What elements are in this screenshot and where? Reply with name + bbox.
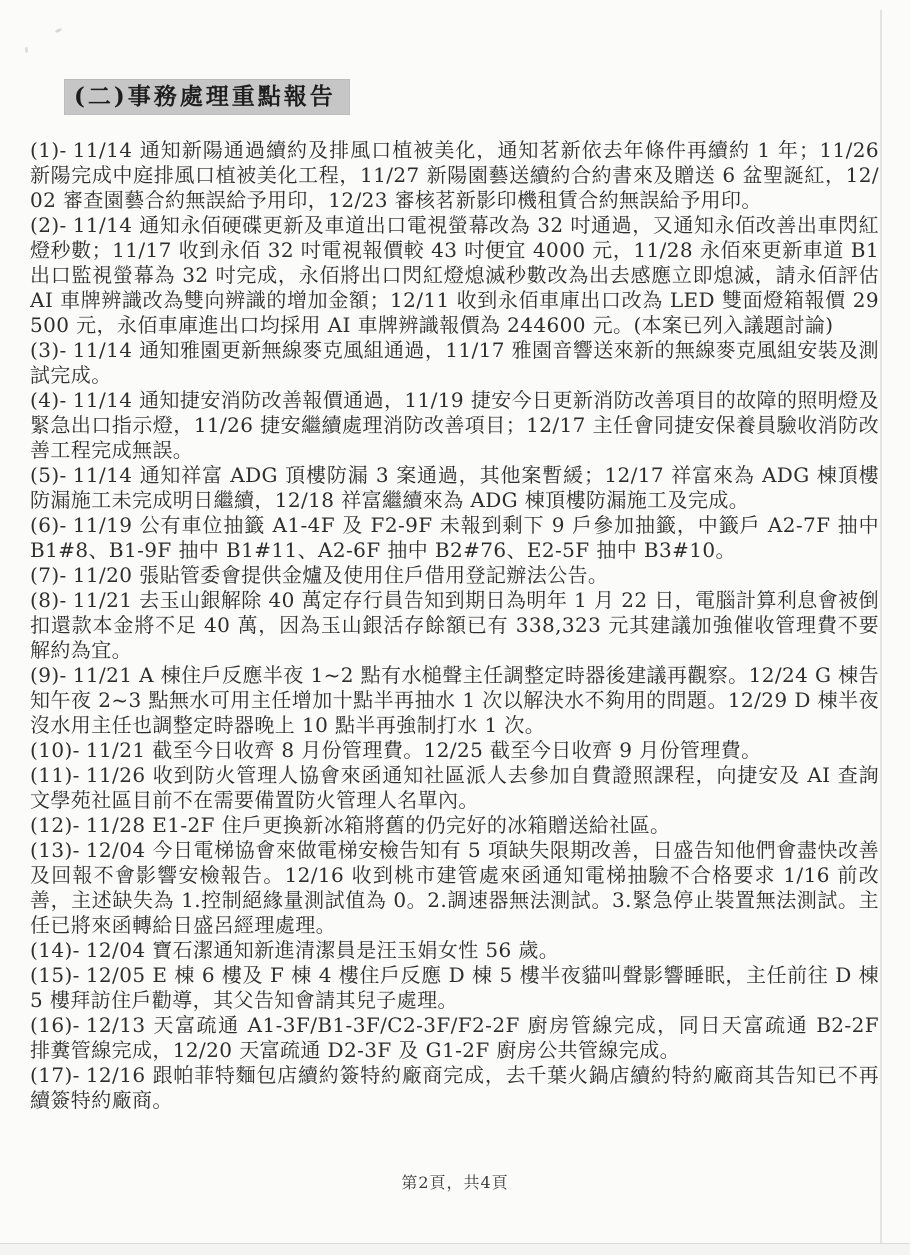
report-item: (6)-11/19 公有車位抽籤 A1-4F 及 F2-9F 未報到剩下 9 戶… bbox=[30, 513, 879, 563]
item-text: 11/19 公有車位抽籤 A1-4F 及 F2-9F 未報到剩下 9 戶參加抽籤… bbox=[30, 513, 879, 562]
report-item: (2)-11/14 通知永佰硬碟更新及車道出口電視螢幕改為 32 吋通過，又通知… bbox=[30, 213, 879, 338]
item-text: 11/26 收到防火管理人協會來函通知社區派人去參加自費證照課程，向捷安及 AI… bbox=[30, 763, 879, 812]
report-item: (15)-12/05 E 棟 6 樓及 F 棟 4 樓住戶反應 D 棟 5 樓半… bbox=[30, 963, 879, 1013]
scan-speck bbox=[25, 47, 28, 53]
item-number: (9)- bbox=[30, 663, 73, 687]
item-text: 11/14 通知新陽通過續約及排風口植被美化，通知茗新依去年條件再續約 1 年；… bbox=[30, 138, 879, 212]
item-text: 11/21 A 棟住戶反應半夜 1~2 點有水槌聲主任調整定時器後建議再觀察。1… bbox=[30, 663, 879, 737]
item-number: (10)- bbox=[30, 738, 86, 762]
report-item: (1)-11/14 通知新陽通過續約及排風口植被美化，通知茗新依去年條件再續約 … bbox=[30, 138, 879, 213]
item-text: 11/28 E1-2F 住戶更換新冰箱將舊的仍完好的冰箱贈送給社區。 bbox=[86, 813, 671, 837]
report-item: (3)-11/14 通知雅園更新無線麥克風組通過，11/17 雅園音響送來新的無… bbox=[30, 338, 879, 388]
item-text: 11/14 通知永佰硬碟更新及車道出口電視螢幕改為 32 吋通過，又通知永佰改善… bbox=[30, 213, 879, 337]
item-text: 12/04 寶石潔通知新進清潔員是汪玉娟女性 56 歲。 bbox=[86, 938, 559, 962]
item-number: (4)- bbox=[30, 388, 73, 412]
item-text: 11/21 截至今日收齊 8 月份管理費。12/25 截至今日收齊 9 月份管理… bbox=[86, 738, 762, 762]
report-item: (9)-11/21 A 棟住戶反應半夜 1~2 點有水槌聲主任調整定時器後建議再… bbox=[30, 663, 879, 738]
item-number: (15)- bbox=[30, 963, 86, 987]
item-text: 11/14 通知雅園更新無線麥克風組通過，11/17 雅園音響送來新的無線麥克風… bbox=[30, 338, 879, 387]
report-item: (12)-11/28 E1-2F 住戶更換新冰箱將舊的仍完好的冰箱贈送給社區。 bbox=[30, 813, 879, 838]
item-number: (3)- bbox=[30, 338, 73, 362]
report-item: (4)-11/14 通知捷安消防改善報價通過，11/19 捷安今日更新消防改善項… bbox=[30, 388, 879, 463]
report-item: (8)-11/21 去玉山銀解除 40 萬定存行員告知到期日為明年 1 月 22… bbox=[30, 588, 879, 663]
item-text: 12/13 天富疏通 A1-3F/B1-3F/C2-3F/F2-2F 廚房管線完… bbox=[30, 1013, 879, 1062]
page-number-footer: 第2頁，共4頁 bbox=[0, 1170, 910, 1193]
item-text: 12/05 E 棟 6 樓及 F 棟 4 樓住戶反應 D 棟 5 樓半夜貓叫聲影… bbox=[30, 963, 879, 1012]
report-item: (13)-12/04 今日電梯協會來做電梯安檢告知有 5 項缺失限期改善，日盛告… bbox=[30, 838, 879, 938]
item-number: (11)- bbox=[30, 763, 86, 787]
item-text: 11/14 通知祥富 ADG 頂樓防漏 3 案通過，其他案暫緩；12/17 祥富… bbox=[30, 463, 879, 512]
item-number: (5)- bbox=[30, 463, 73, 487]
item-text: 11/20 張貼管委會提供金爐及使用住戶借用登記辦法公告。 bbox=[73, 563, 609, 587]
item-number: (12)- bbox=[30, 813, 86, 837]
item-number: (2)- bbox=[30, 213, 73, 237]
item-number: (13)- bbox=[30, 838, 86, 862]
report-item: (5)-11/14 通知祥富 ADG 頂樓防漏 3 案通過，其他案暫緩；12/1… bbox=[30, 463, 879, 513]
item-text: 12/16 跟帕菲特麵包店續約簽特約廠商完成，去千葉火鍋店續約特約廠商其告知已不… bbox=[30, 1063, 879, 1112]
item-number: (1)- bbox=[30, 138, 73, 162]
scan-edge-right bbox=[880, 10, 882, 1247]
item-number: (16)- bbox=[30, 1013, 86, 1037]
report-item: (11)-11/26 收到防火管理人協會來函通知社區派人去參加自費證照課程，向捷… bbox=[30, 763, 879, 813]
scan-speck bbox=[55, 28, 63, 34]
report-item: (10)-11/21 截至今日收齊 8 月份管理費。12/25 截至今日收齊 9… bbox=[30, 738, 879, 763]
item-text: 11/21 去玉山銀解除 40 萬定存行員告知到期日為明年 1 月 22 日，電… bbox=[30, 588, 879, 662]
item-number: (8)- bbox=[30, 588, 73, 612]
item-number: (17)- bbox=[30, 1063, 86, 1087]
report-item: (16)-12/13 天富疏通 A1-3F/B1-3F/C2-3F/F2-2F … bbox=[30, 1013, 879, 1063]
section-title: (二)事務處理重點報告 bbox=[64, 79, 350, 115]
report-item: (7)-11/20 張貼管委會提供金爐及使用住戶借用登記辦法公告。 bbox=[30, 563, 879, 588]
item-number: (7)- bbox=[30, 563, 73, 587]
scanned-document-page: (二)事務處理重點報告 (1)-11/14 通知新陽通過續約及排風口植被美化，通… bbox=[0, 0, 910, 1255]
scan-strip-bottom bbox=[0, 1244, 910, 1255]
item-text: 12/04 今日電梯協會來做電梯安檢告知有 5 項缺失限期改善，日盛告知他們會盡… bbox=[30, 838, 879, 937]
item-number: (14)- bbox=[30, 938, 86, 962]
report-item: (17)-12/16 跟帕菲特麵包店續約簽特約廠商完成，去千葉火鍋店續約特約廠商… bbox=[30, 1063, 879, 1113]
item-text: 11/14 通知捷安消防改善報價通過，11/19 捷安今日更新消防改善項目的故障… bbox=[30, 388, 879, 462]
item-number: (6)- bbox=[30, 513, 73, 537]
report-item: (14)-12/04 寶石潔通知新進清潔員是汪玉娟女性 56 歲。 bbox=[30, 938, 879, 963]
report-body: (1)-11/14 通知新陽通過續約及排風口植被美化，通知茗新依去年條件再續約 … bbox=[30, 138, 879, 1113]
